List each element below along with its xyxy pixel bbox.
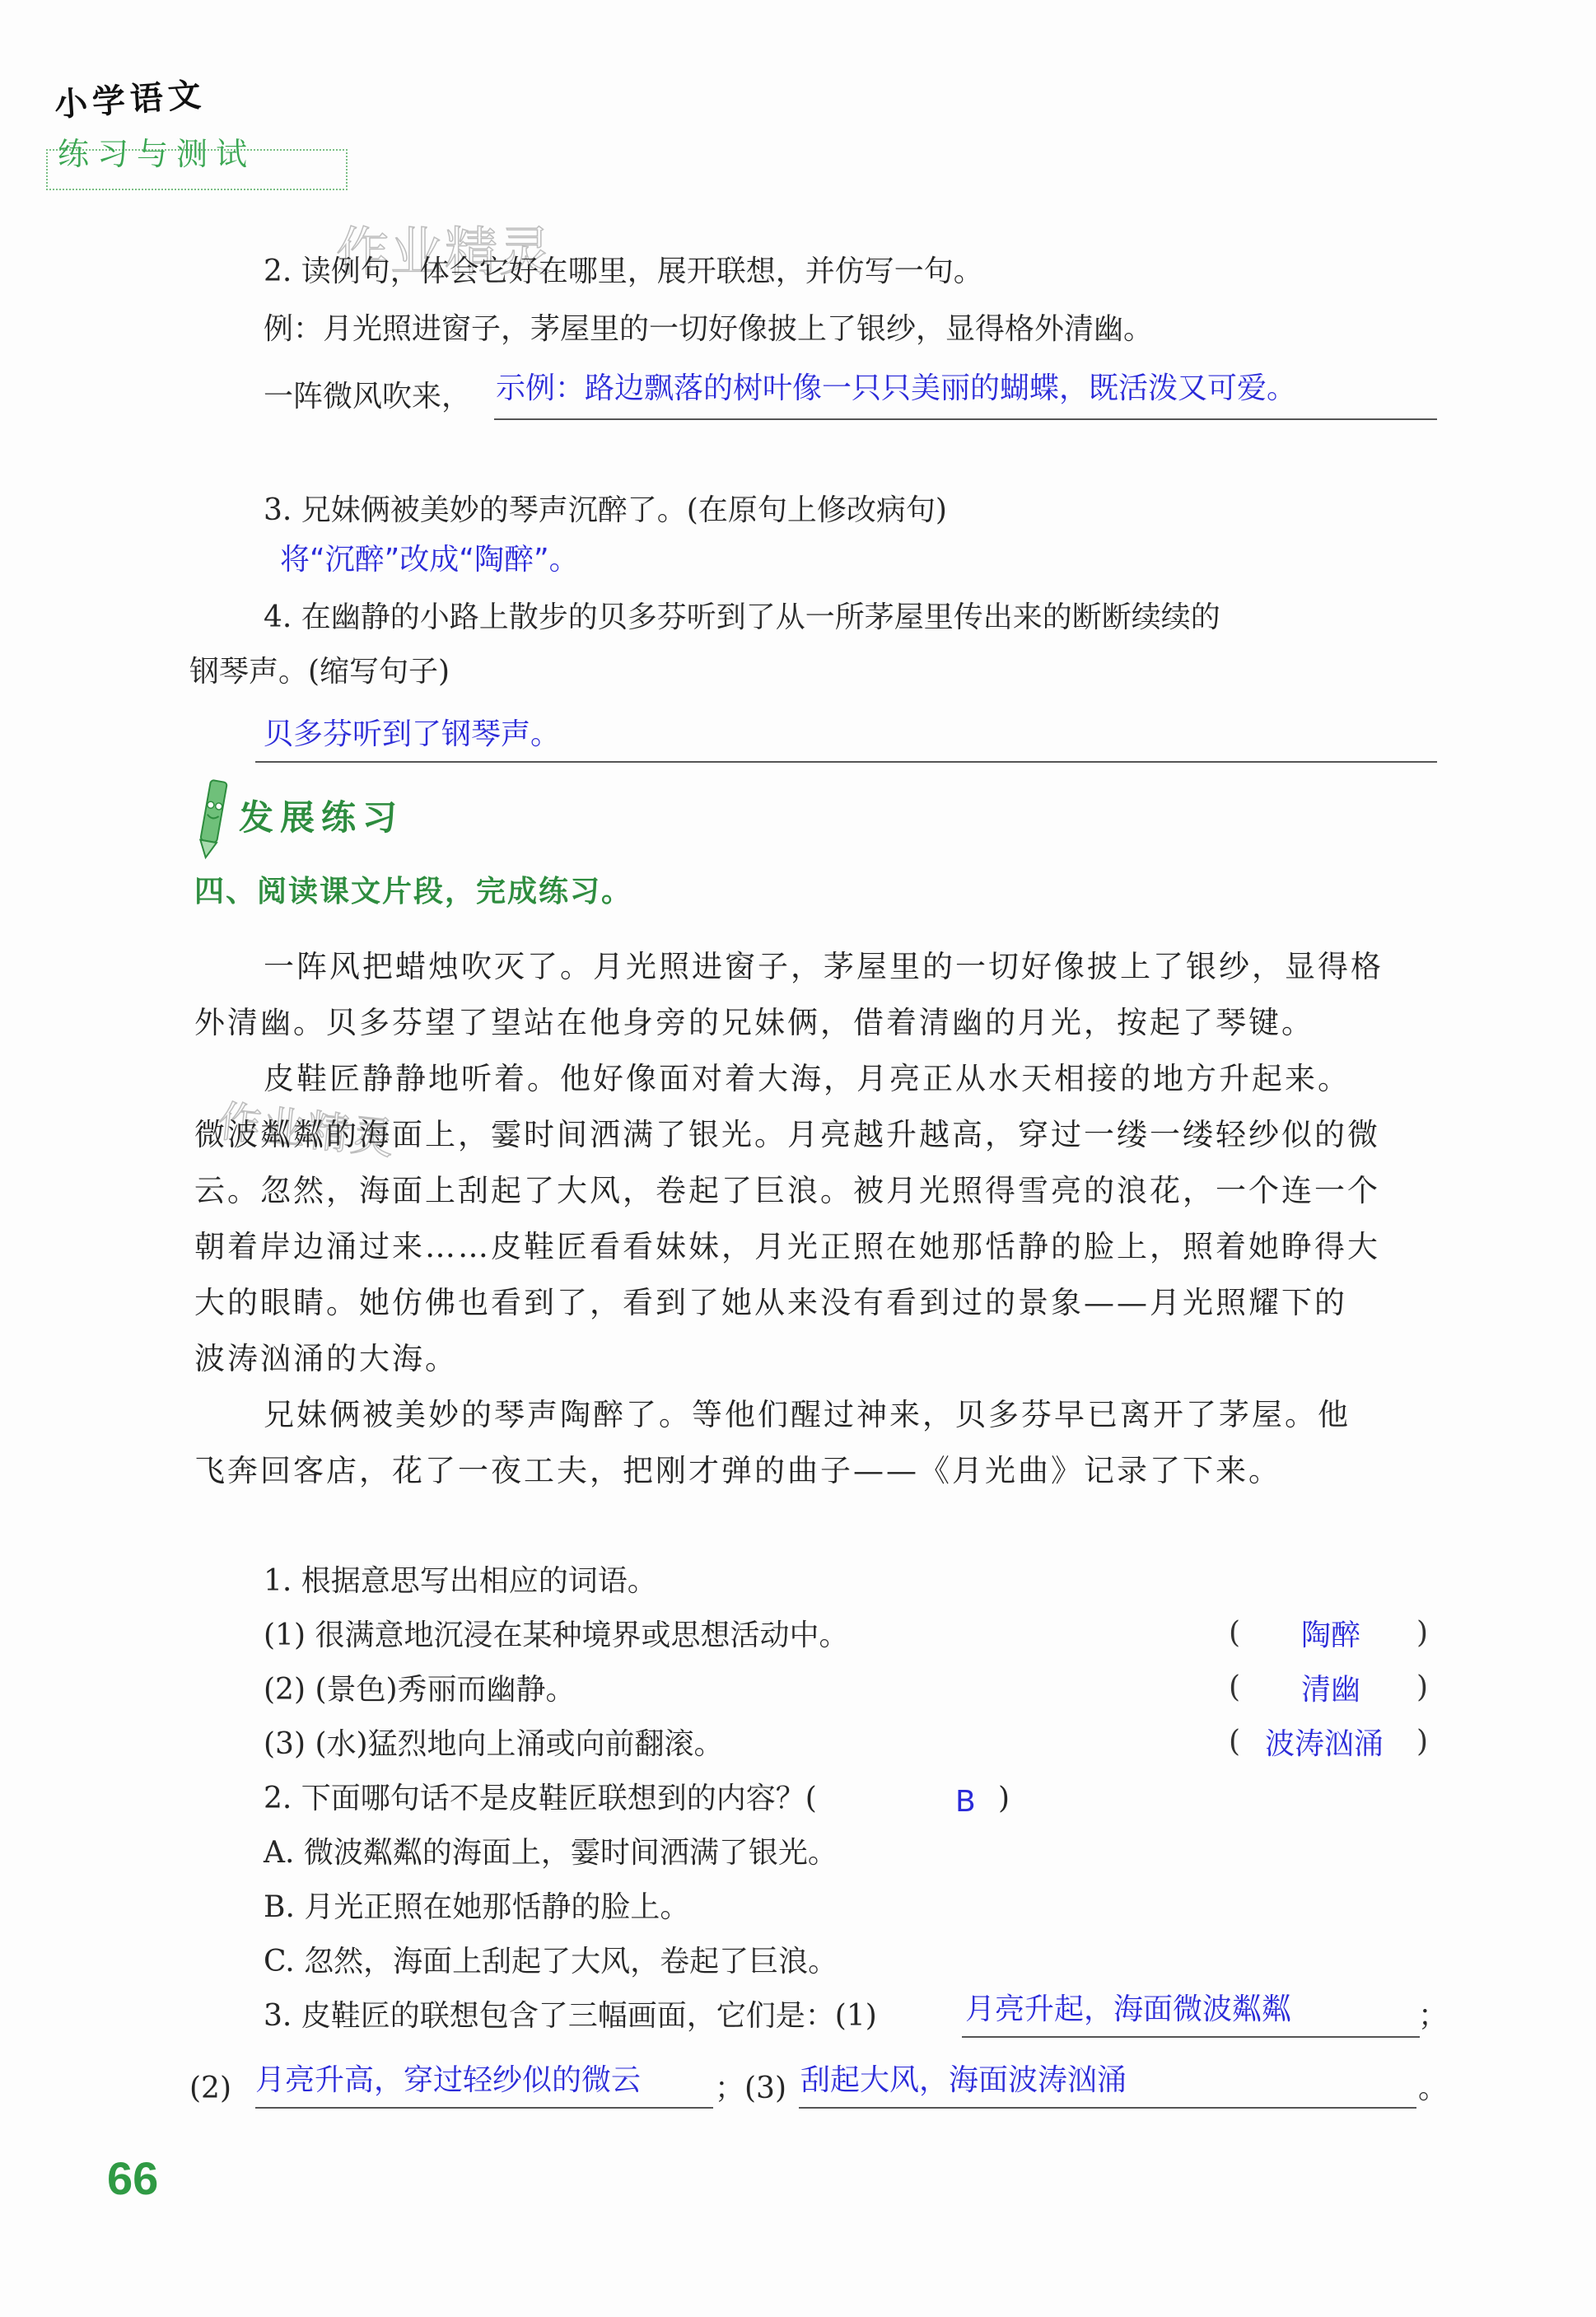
series-title: 小学语文 — [53, 68, 208, 126]
passage-line: 朝着岸边涌过来……皮鞋匠看看妹妹，月光正照在她那恬静的脸上，照着她睁得大 — [194, 1227, 1380, 1267]
question-3-prompt: 3. 兄妹俩被美妙的琴声沉醉了。(在原句上修改病句) — [264, 491, 947, 530]
passage-line: 波涛汹涌的大海。 — [194, 1339, 458, 1379]
passage-line: 大的眼睛。她仿佛也看到了，看到了她从来没有看到过的景象——月光照耀下的 — [194, 1283, 1347, 1323]
separator: ； — [1418, 1997, 1448, 2036]
answer-line — [494, 418, 1437, 420]
question-2-prompt: 2. 读例句，体会它好在哪里，展开联想，并仿写一句。 — [264, 252, 983, 292]
reading-q3-answer-3: 刮起大风，海面波涛汹涌 — [800, 2061, 1127, 2100]
paren-close: ) — [1416, 1616, 1428, 1650]
paren-close: ) — [1416, 1670, 1428, 1704]
paren-close: ) — [1416, 1725, 1428, 1759]
paren-open: ( — [1229, 1725, 1240, 1759]
part-heading: 四、阅读课文片段，完成练习。 — [194, 868, 632, 910]
reading-q2-answer: B — [955, 1782, 976, 1822]
paren-open: ( — [1229, 1616, 1240, 1650]
separator: 。 — [1418, 2069, 1448, 2109]
reading-q1-prompt: 1. 根据意思写出相应的词语。 — [264, 1562, 657, 1601]
reading-q1-answer: 清幽 — [1301, 1670, 1360, 1710]
reading-q2-option: C. 忽然，海面上刮起了大风，卷起了巨浪。 — [264, 1942, 838, 1982]
question-3-answer: 将“沉醉”改成“陶醉”。 — [280, 540, 579, 580]
answer-line — [799, 2107, 1416, 2109]
passage-line: 外清幽。贝多芬望了望站在他身旁的兄妹俩，借着清幽的月光，按起了琴键。 — [194, 1003, 1314, 1043]
reading-q1-item: (1) 很满意地沉浸在某种境界或思想活动中。 — [264, 1616, 848, 1656]
passage-line: 飞奔回客店，花了一夜工夫，把刚才弹的曲子——《月光曲》记录了下来。 — [194, 1451, 1281, 1491]
pencil-mascot-icon — [194, 778, 232, 863]
question-2-answer: 示例：路边飘落的树叶像一只只美丽的蝴蝶，既活泼又可爱。 — [496, 369, 1296, 409]
question-4-answer: 贝多芬听到了钢琴声。 — [264, 715, 560, 754]
reading-q2-option: B. 月光正照在她那恬静的脸上。 — [264, 1888, 689, 1927]
reading-q1-answer: 陶醉 — [1301, 1616, 1360, 1656]
answer-line — [962, 2036, 1420, 2038]
paren-open: ( — [1229, 1670, 1240, 1704]
reading-q1-answer: 波涛汹涌 — [1265, 1725, 1384, 1764]
reading-q1-item: (2) (景色)秀丽而幽静。 — [264, 1670, 576, 1710]
page-number: 66 — [107, 2151, 158, 2205]
reading-q2-option: A. 微波粼粼的海面上，霎时间洒满了银光。 — [264, 1834, 838, 1873]
paren-close: ) — [998, 1779, 1010, 1819]
separator: ；(3) — [715, 2069, 786, 2109]
reading-q3-label-2: (2) — [189, 2069, 231, 2109]
question-4-prompt-line2: 钢琴声。(缩写句子) — [189, 652, 450, 692]
question-2-lead: 一阵微风吹来， — [264, 377, 471, 417]
book-title: 练习与测试 — [58, 128, 255, 174]
answer-line — [255, 2107, 713, 2109]
reading-q1-item: (3) (水)猛烈地向上涌或向前翻滚。 — [264, 1725, 724, 1764]
section-title: 发展练习 — [239, 791, 404, 840]
question-2-example: 例：月光照进窗子，茅屋里的一切好像披上了银纱，显得格外清幽。 — [264, 310, 1153, 349]
reading-q3-answer-1: 月亮升起，海面微波粼粼 — [965, 1990, 1291, 2030]
answer-line — [255, 761, 1437, 763]
reading-q3-answer-2: 月亮升高，穿过轻纱似的微云 — [255, 2061, 641, 2100]
passage-line: 皮鞋匠静静地听着。他好像面对着大海，月亮正从水天相接的地方升起来。 — [264, 1059, 1351, 1099]
passage-line: 兄妹俩被美妙的琴声陶醉了。等他们醒过神来，贝多芬早已离开了茅屋。他 — [264, 1395, 1351, 1435]
passage-line: 微波粼粼的海面上，霎时间洒满了银光。月亮越升越高，穿过一缕一缕轻纱似的微 — [194, 1115, 1380, 1155]
reading-q2-prompt: 2. 下面哪句话不是皮鞋匠联想到的内容？( — [264, 1779, 817, 1819]
reading-q3-prompt: 3. 皮鞋匠的联想包含了三幅画面，它们是：(1) — [264, 1997, 877, 2036]
passage-line: 一阵风把蜡烛吹灭了。月光照进窗子，茅屋里的一切好像披上了银纱，显得格 — [264, 947, 1384, 987]
passage-line: 云。忽然，海面上刮起了大风，卷起了巨浪。被月光照得雪亮的浪花，一个连一个 — [194, 1171, 1380, 1211]
question-4-prompt-line1: 4. 在幽静的小路上散步的贝多芬听到了从一所茅屋里传出来的断断续续的 — [264, 598, 1220, 638]
